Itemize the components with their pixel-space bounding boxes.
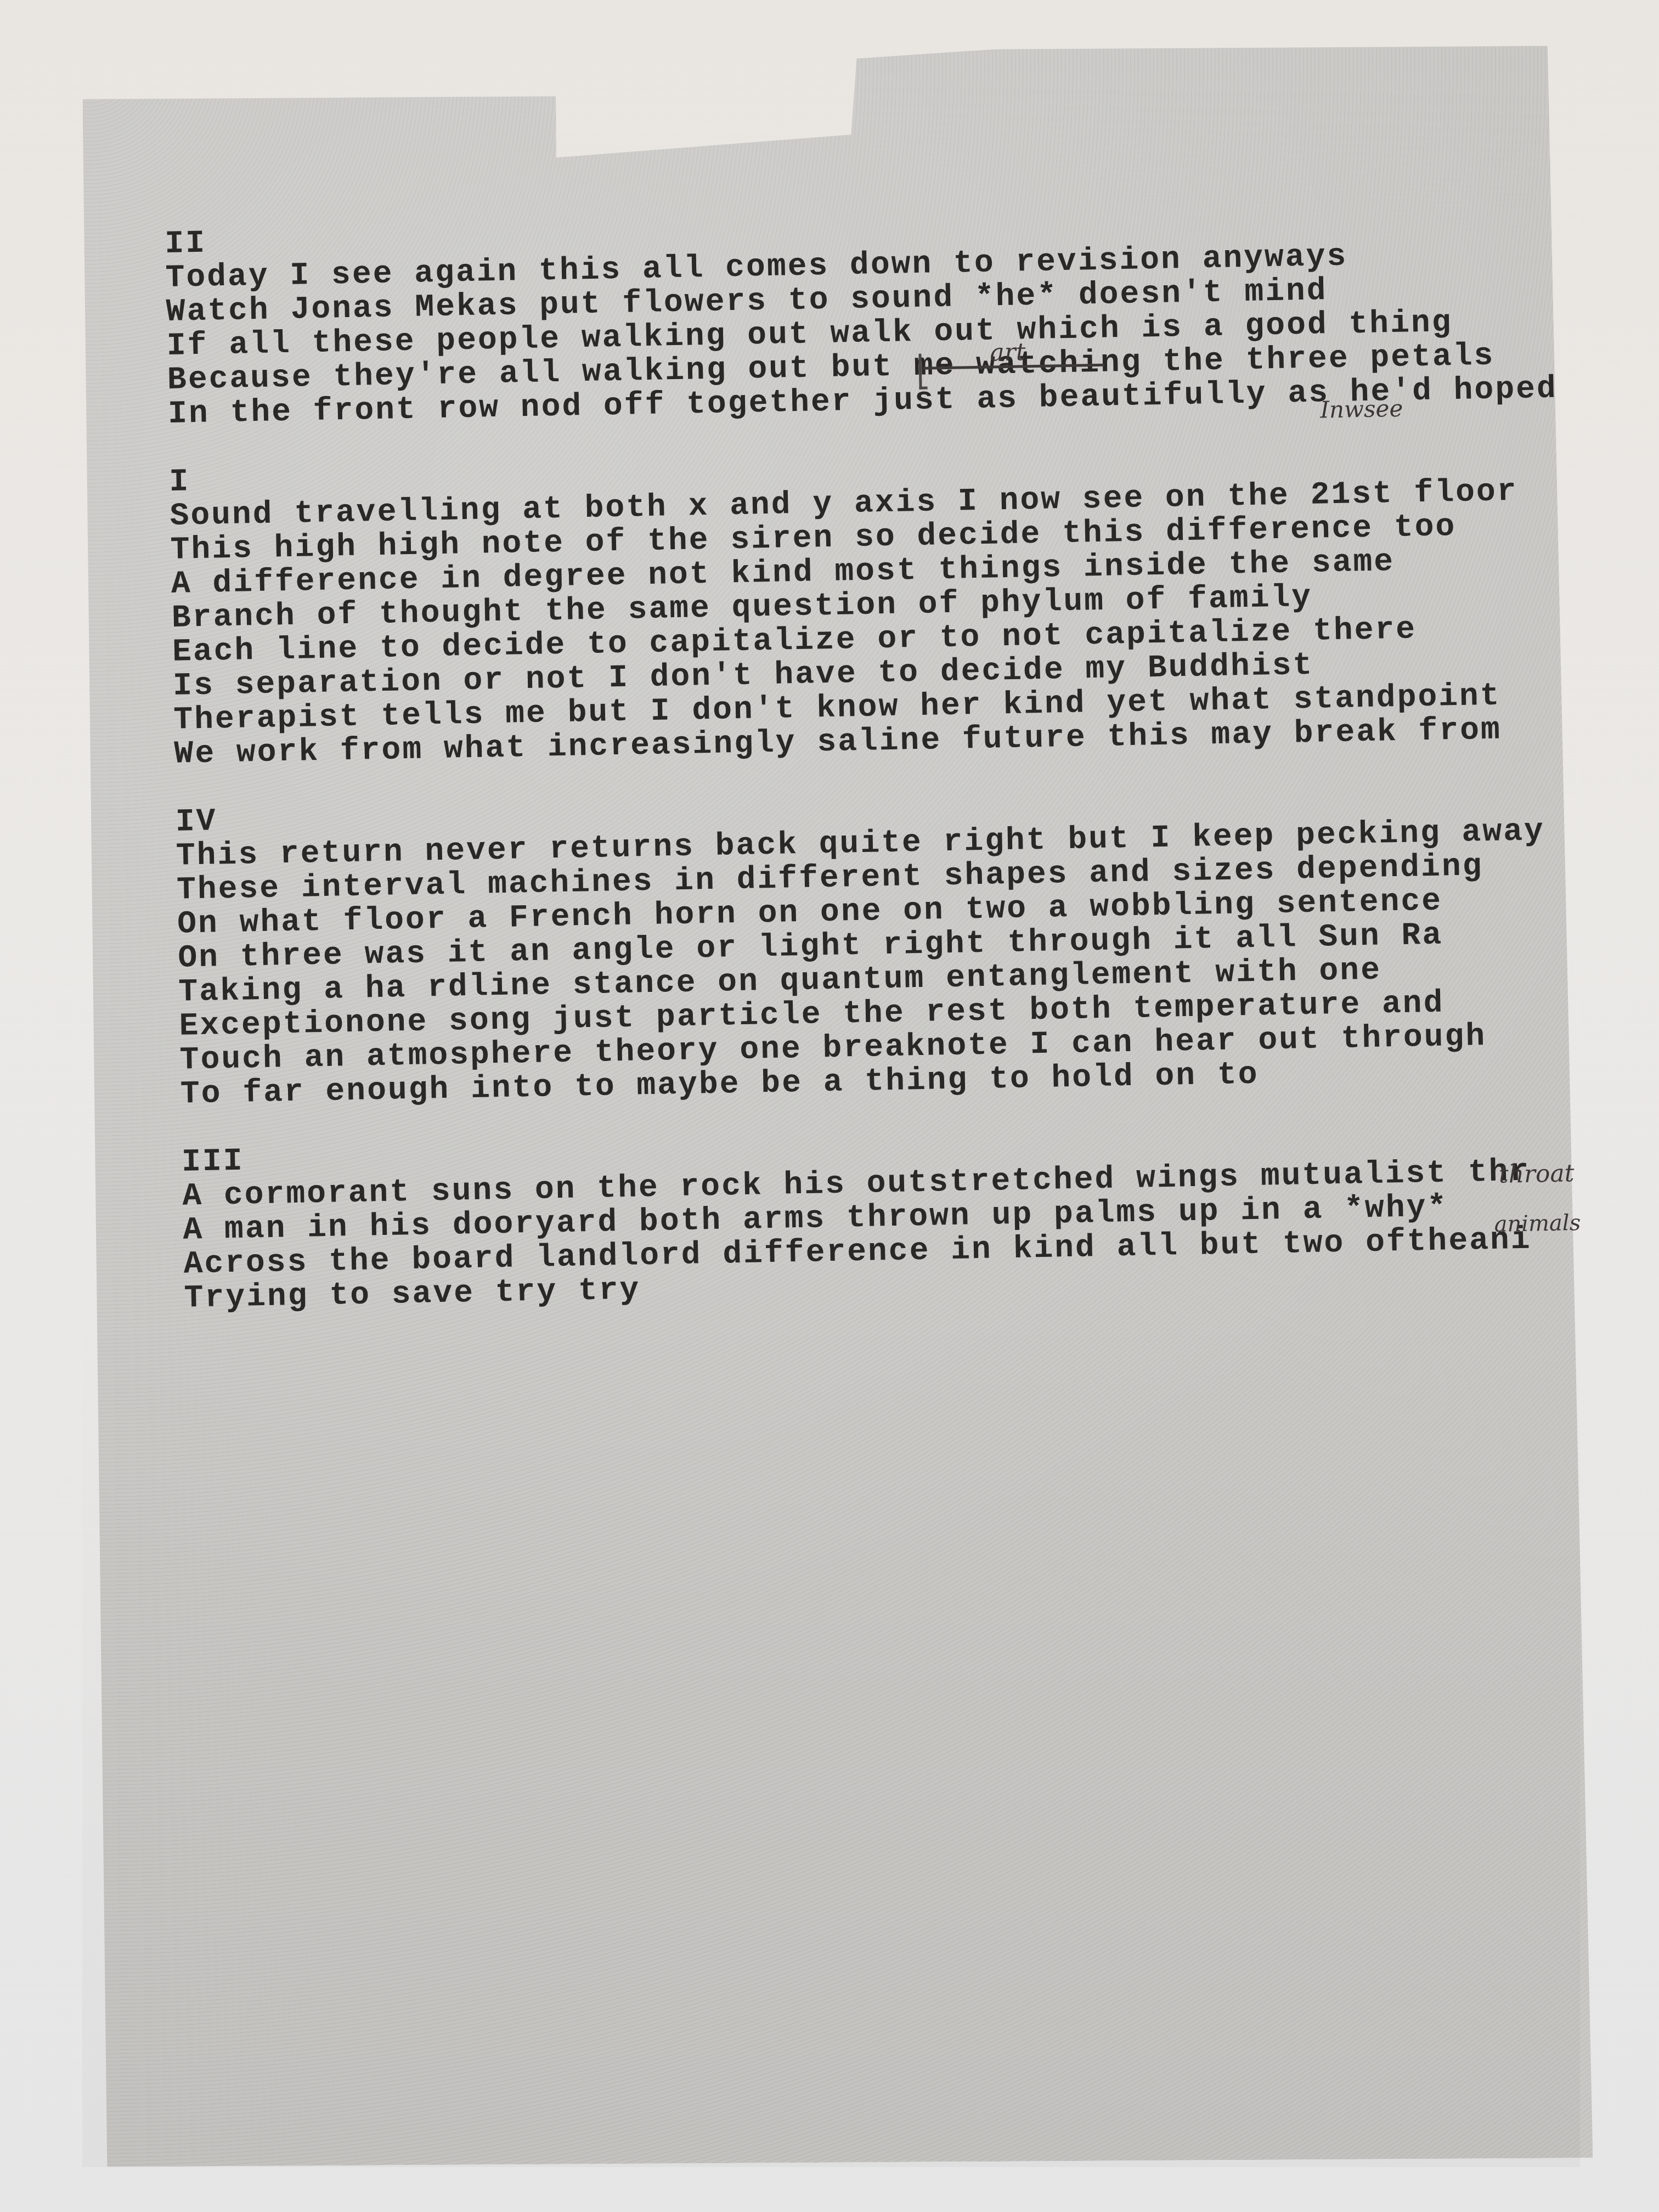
handwritten-note-throat: throat [1498,1156,1575,1192]
stanza-iv: IV This return never returns back quite … [175,780,1607,1112]
poem-body: II Today I see again this all comes down… [165,201,1611,1350]
stanza-iii: III A cormorant suns on the rock his out… [182,1120,1611,1316]
stanza-i: I Sound travelling at both x and y axis … [169,439,1601,772]
handwritten-note-below-hed: Inwsee [1320,392,1403,427]
revision-bracket [918,354,927,390]
handwritten-note-animals: animals [1494,1206,1581,1242]
sheet-shadow [82,1262,1580,2167]
